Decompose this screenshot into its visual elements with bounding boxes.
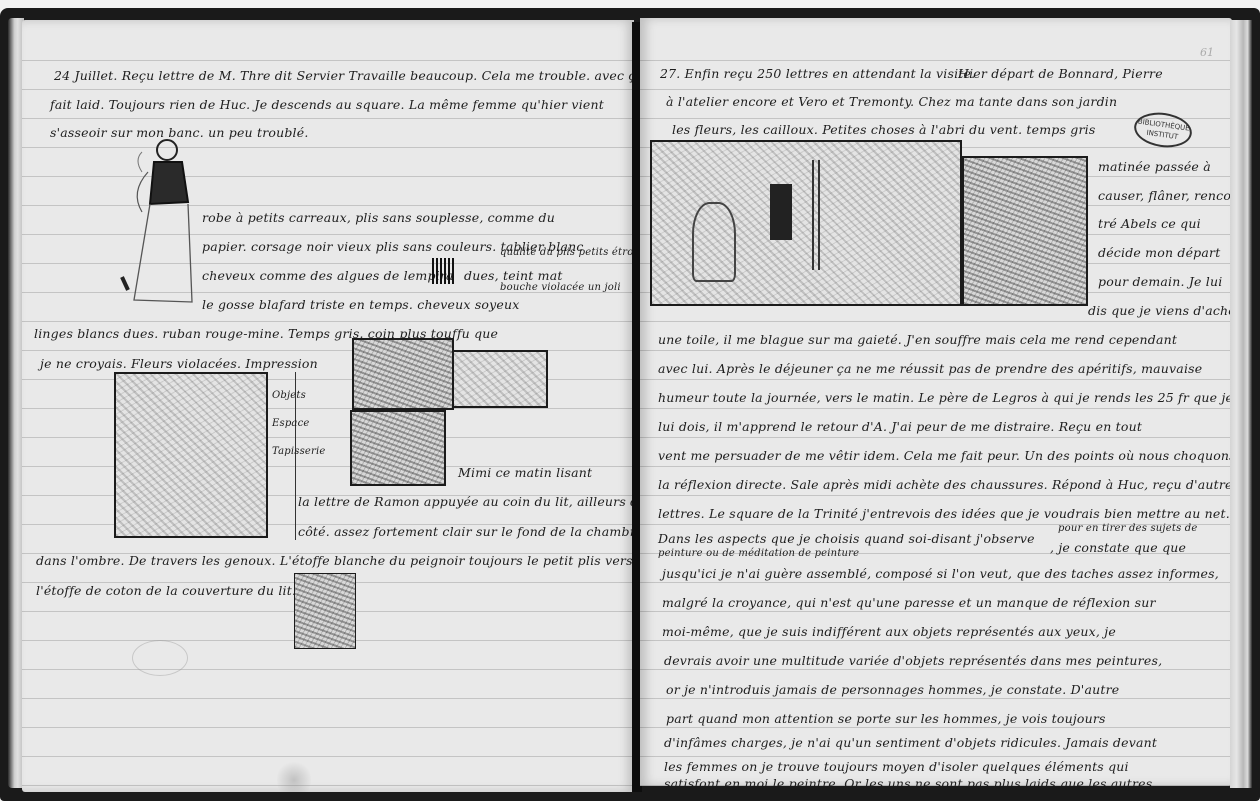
handwritten-line: le gosse blafard triste en temps. cheveu… bbox=[202, 297, 520, 312]
handwritten-line: part quand mon attention se porte sur le… bbox=[666, 711, 1106, 726]
handwritten-line: d'infâmes charges, je n'ai qu'un sentime… bbox=[664, 735, 1157, 750]
margin-note: qualité du plis petits étroits bbox=[500, 247, 634, 258]
handwritten-line: causer, flâner, rencon- bbox=[1098, 188, 1232, 203]
handwritten-line: matinée passée à bbox=[1098, 159, 1211, 174]
handwritten-line: humeur toute la journée, vers le matin. … bbox=[658, 390, 1232, 405]
handwritten-line: , je constate que que bbox=[1050, 540, 1186, 555]
handwritten-line: dues, teint mat bbox=[464, 268, 563, 283]
handwritten-line: lettres. Le square de la Trinité j'entre… bbox=[658, 506, 1230, 521]
library-stamp: BIBLIOTHÈQUE INSTITUT bbox=[1132, 109, 1194, 151]
doorway-sketch-detail bbox=[770, 184, 792, 240]
ink-hatch-swatch bbox=[432, 258, 456, 284]
handwritten-line: fait laid. Toujours rien de Huc. Je desc… bbox=[50, 97, 604, 112]
notebook-spread: 24 Juillet. Reçu lettre de M. Thre dit S… bbox=[0, 8, 1260, 801]
handwritten-line: pour demain. Je lui bbox=[1098, 274, 1222, 289]
handwritten-line: tré Abels ce qui bbox=[1098, 216, 1201, 231]
landscape-sketch-3 bbox=[350, 410, 446, 486]
handwritten-line: décide mon départ bbox=[1098, 245, 1220, 260]
seated-figure-sketch bbox=[692, 202, 736, 282]
faint-stamp-impression bbox=[132, 640, 188, 676]
handwritten-line: l'étoffe de coton de la couverture du li… bbox=[36, 583, 296, 598]
margin-note: Objets bbox=[272, 390, 306, 401]
landscape-sketch-1 bbox=[352, 338, 454, 410]
ink-stain bbox=[277, 760, 311, 792]
tree-trunk-sketch bbox=[812, 160, 820, 270]
handwritten-line: 24 Juillet. Reçu lettre de M. Thre dit S… bbox=[54, 68, 634, 83]
handwritten-line: satisfont en moi le peintre. Or les uns … bbox=[664, 776, 1152, 786]
landscape-sketch-2 bbox=[452, 350, 548, 408]
garden-sketch bbox=[114, 372, 268, 538]
handwritten-line: la lettre de Ramon appuyée au coin du li… bbox=[298, 494, 634, 509]
handwritten-line: les femmes on je trouve toujours moyen d… bbox=[664, 759, 1129, 774]
interlinear-note: peinture ou de méditation de peinture bbox=[658, 548, 859, 559]
margin-note: Espace bbox=[272, 418, 310, 429]
interlinear-note: pour en tirer des sujets de bbox=[1058, 523, 1198, 534]
handwritten-line: Hier départ de Bonnard, Pierre bbox=[958, 66, 1163, 81]
page-number: 61 bbox=[1200, 46, 1214, 59]
handwritten-line: dis que je viens d'acheter bbox=[1088, 303, 1232, 318]
handwritten-line: côté. assez fortement clair sur le fond … bbox=[298, 524, 634, 539]
handwritten-line: jusqu'ici je n'ai guère assemblé, compos… bbox=[662, 566, 1219, 581]
handwritten-line: à l'atelier encore et Vero et Tremonty. … bbox=[666, 94, 1117, 109]
handwritten-line: cheveux comme des algues de lempira bbox=[202, 268, 454, 283]
right-page-stack-edge bbox=[1230, 20, 1252, 788]
park-sketch-narrow bbox=[962, 156, 1088, 306]
park-sketch-wide bbox=[650, 140, 962, 306]
margin-note: Tapisserie bbox=[272, 446, 326, 457]
handwritten-line: or je n'introduis jamais de personnages … bbox=[666, 682, 1119, 697]
left-page: 24 Juillet. Reçu lettre de M. Thre dit S… bbox=[22, 20, 634, 792]
handwritten-line: avec lui. Après le déjeuner ça ne me réu… bbox=[658, 361, 1202, 376]
handwritten-line: moi-même, que je suis indifférent aux ob… bbox=[662, 624, 1116, 639]
handwritten-line: les fleurs, les cailloux. Petites choses… bbox=[672, 122, 1095, 137]
handwritten-line: je ne croyais. Fleurs violacées. Impress… bbox=[40, 356, 318, 371]
handwritten-line: 27. Enfin reçu 250 lettres en attendant … bbox=[660, 66, 975, 81]
woman-figure-sketch bbox=[112, 132, 202, 312]
handwritten-line: la réflexion directe. Sale après midi ac… bbox=[658, 477, 1232, 492]
handwritten-line: une toile, il me blague sur ma gaieté. J… bbox=[658, 332, 1177, 347]
handwritten-line: vent me persuader de me vêtir idem. Cela… bbox=[658, 448, 1232, 463]
handwritten-line: lui dois, il m'apprend le retour d'A. J'… bbox=[658, 419, 1142, 434]
portrait-sketch bbox=[294, 573, 356, 649]
handwritten-line: malgré la croyance, qui n'est qu'une par… bbox=[662, 595, 1156, 610]
handwritten-line: robe à petits carreaux, plis sans souple… bbox=[202, 210, 555, 225]
handwritten-line: dans l'ombre. De travers les genoux. L'é… bbox=[36, 553, 633, 568]
right-page: 61 27. Enfin reçu 250 lettres en attenda… bbox=[640, 18, 1232, 786]
handwritten-line: Dans les aspects que je choisis quand so… bbox=[658, 531, 1035, 546]
handwritten-line: Mimi ce matin lisant bbox=[458, 465, 592, 480]
handwritten-line: devrais avoir une multitude variée d'obj… bbox=[664, 653, 1162, 668]
margin-note: bouche violacée un joli bbox=[500, 282, 621, 293]
